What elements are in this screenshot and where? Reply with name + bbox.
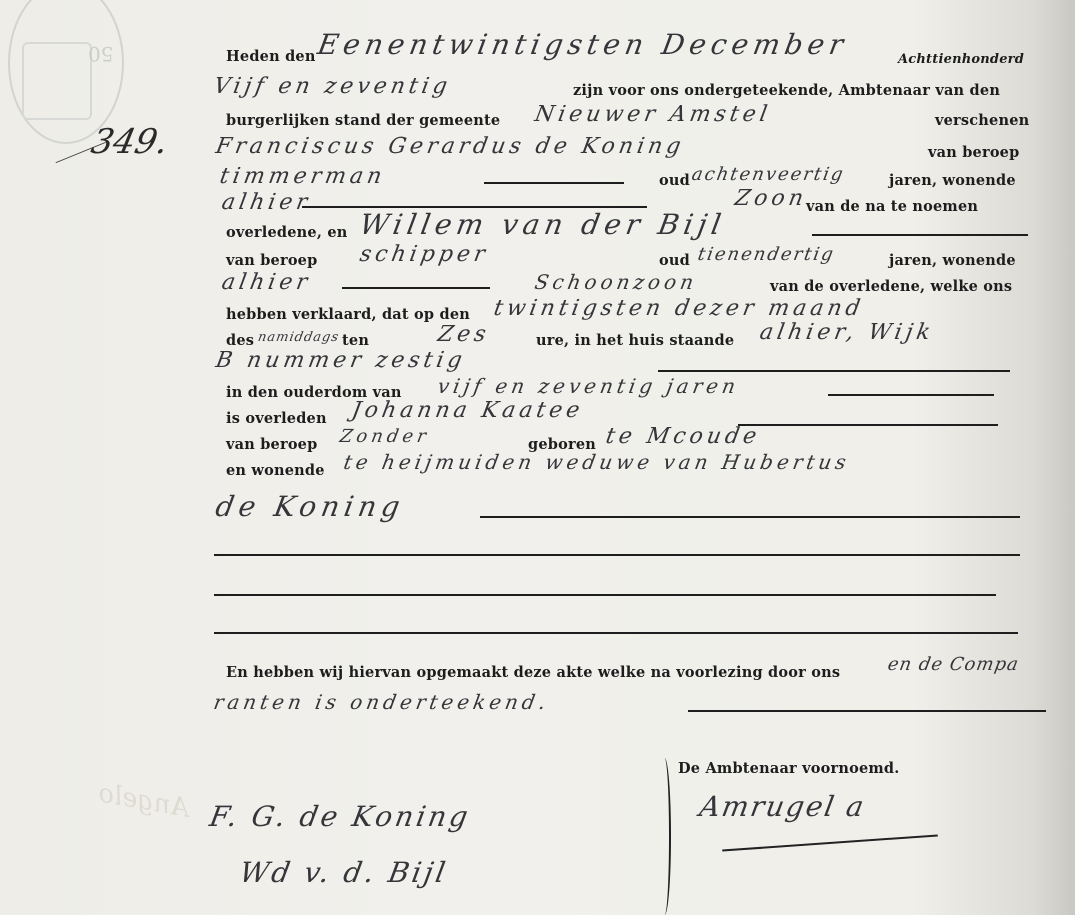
hand-location: alhier, Wijk [758,320,936,345]
printed-achttienhonderd: Achttienhonderd [898,52,1024,67]
hand-time-of-day: namiddags [257,330,341,345]
hand-closing-1: en de Compa [886,654,1020,675]
witness-signature-2: Wd v. d. Bijl [237,856,451,889]
printed-ambtenaar-voornoemd: De Ambtenaar voornoemd. [678,760,900,777]
hand-house-number: B nummer zestig [214,348,468,373]
hand-deceased-occupation: Zonder [338,426,431,447]
hand-declarant-2-name: Willem van der Bijl [357,208,728,241]
fill-rule [480,516,1020,518]
signature-underline [722,834,938,851]
hand-deceased-residence: te heijmuiden weduwe van Hubertus [342,450,852,474]
printed-des: des [226,332,254,349]
blank-rule [214,594,996,596]
printed-jaren-wonende: jaren, wonende [889,172,1016,189]
printed-oud-2: oud [659,252,690,269]
hand-birthplace: te Mcoude [604,424,763,449]
hand-relation-2: Schoonzoon [533,270,699,294]
fill-rule [342,287,490,289]
printed-heden-den: Heden den [226,48,316,65]
fill-rule [658,370,1010,372]
printed-burgerlijken-stand: burgerlijken stand der gemeente [226,112,500,129]
printed-ten: ten [342,332,369,349]
hand-residence-2: alhier [220,270,313,295]
hand-date: Eenentwintigsten December [315,28,851,61]
stamp-value: 50 [88,42,113,66]
hand-relation-1: Zoon [733,186,809,211]
hand-declarant-2-occupation: schipper [358,242,491,267]
hand-closing-2: ranten is onderteekend. [212,690,552,714]
fill-rule [688,710,1046,712]
printed-van-beroep-2: van beroep [226,252,317,269]
hand-deceased-spouse-surname: de Koning [213,490,407,523]
fill-rule [738,424,998,426]
printed-closing-statement: En hebben wij hiervan opgemaakt deze akt… [226,664,840,681]
printed-van-beroep-3: van beroep [226,436,317,453]
signature-brace [655,758,671,915]
hand-deceased-age: vijf en zeventig jaren [436,374,741,398]
printed-jaren-wonende-2: jaren, wonende [889,252,1016,269]
fill-rule [812,234,1028,236]
hand-residence-1: alhier [220,190,313,215]
printed-van-beroep: van beroep [928,144,1019,161]
printed-overledene-en: overledene, en [226,224,348,241]
printed-is-overleden: is overleden [226,410,327,427]
hand-declarant-2-age: tienendertig [696,244,836,265]
printed-zijn-voor-ons: zijn voor ons ondergeteekende, Ambtenaar… [573,82,1000,99]
fill-rule [828,394,994,396]
blank-rule [214,632,1018,634]
official-signature: Amrugel a [697,790,868,823]
hand-hour: Zes [436,322,492,347]
hand-declarant-1-age: achtenveertig [690,164,846,185]
hand-declarant-1-name: Franciscus Gerardus de Koning [214,134,687,159]
hand-year: Vijf en zeventig [212,74,453,99]
fill-rule [484,182,624,184]
act-number: 349. [88,122,172,162]
printed-van-de-overledene: van de overledene, welke ons [770,278,1012,295]
stamp-crest-icon [22,42,92,120]
printed-hebben-verklaard: hebben verklaard, dat op den [226,306,470,323]
hand-death-day: twintigsten dezer maand [492,296,866,321]
hand-municipality: Nieuwer Amstel [533,102,773,127]
witness-signature-1: F. G. de Koning [207,800,473,833]
hand-declarant-1-occupation: timmerman [218,164,388,189]
printed-en-wonende: en wonende [226,462,325,479]
printed-van-de-na-te-noemen: van de na te noemen [806,198,978,215]
hand-deceased-name: Johanna Kaatee [350,398,586,423]
printed-oud: oud [659,172,690,189]
blank-rule [214,554,1020,556]
bleed-through-signature: Angelo [96,778,191,823]
printed-ure-in-het-huis: ure, in het huis staande [536,332,734,349]
printed-verschenen: verschenen [935,112,1029,129]
